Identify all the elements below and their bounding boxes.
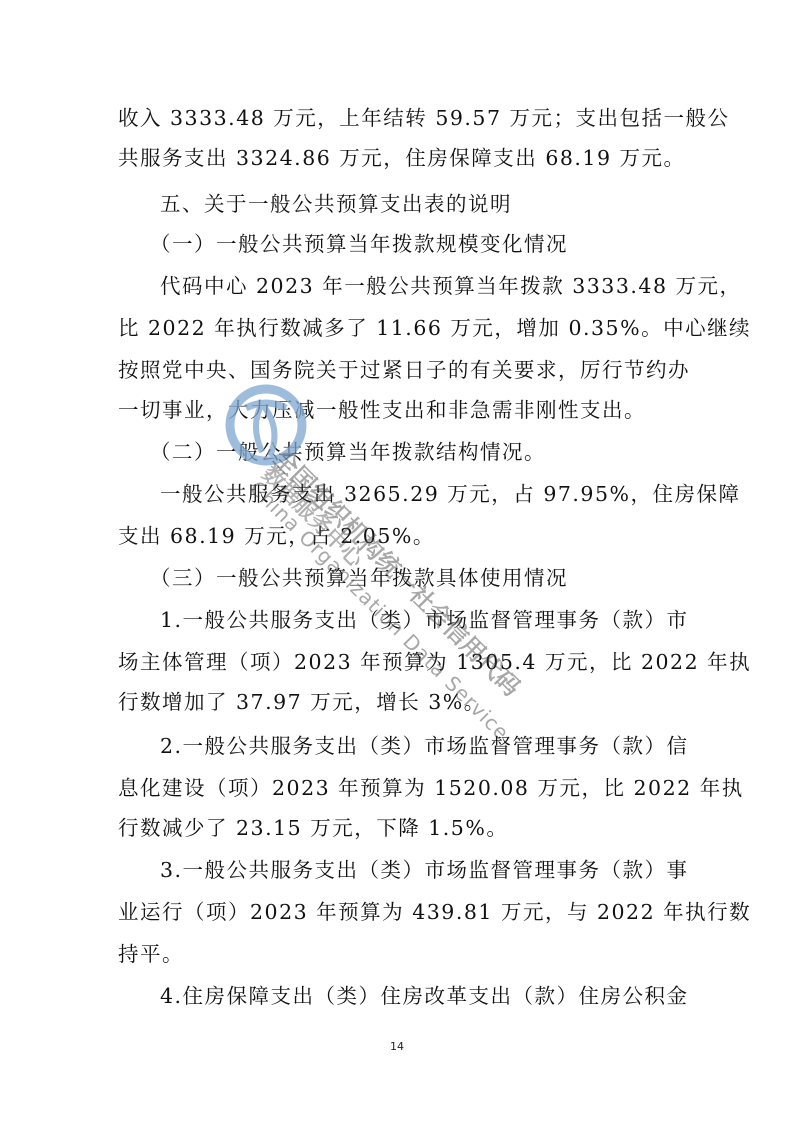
subsection-heading: （三）一般公共预算当年拨款具体使用情况 — [150, 564, 668, 592]
paragraph-line: 3.一般公共服务支出（类）市场监督管理事务（款）事 — [160, 856, 678, 884]
paragraph-line: 比 2022 年执行数减多了 11.66 万元，增加 0.35%。中心继续 — [118, 314, 678, 342]
subsection-heading: （二）一般公共预算当年拨款结构情况。 — [150, 438, 668, 466]
document-page: 收入 3333.48 万元，上年结转 59.57 万元；支出包括一般公 共服务支… — [0, 0, 794, 1123]
watermark-text-cn-2: 数据服务中心 — [256, 458, 371, 573]
paragraph-line: 支出 68.19 万元，占 2.05%。 — [118, 522, 678, 550]
paragraph-line: 代码中心 2023 年一般公共预算当年拨款 3333.48 万元， — [160, 272, 678, 300]
paragraph-line: 2.一般公共服务支出（类）市场监督管理事务（款）信 — [160, 732, 678, 760]
paragraph-line: 持平。 — [118, 940, 678, 968]
paragraph-line: 息化建设（项）2023 年预算为 1520.08 万元，比 2022 年执 — [118, 774, 678, 802]
paragraph-line: 行数减少了 23.15 万元，下降 1.5%。 — [118, 814, 678, 842]
section-heading: 五、关于一般公共预算支出表的说明 — [160, 190, 678, 218]
paragraph-line: 行数增加了 37.97 万元，增长 3%。 — [118, 688, 678, 716]
paragraph-line: 1.一般公共服务支出（类）市场监督管理事务（款）市 — [160, 606, 678, 634]
paragraph-line: 4.住房保障支出（类）住房改革支出（款）住房公积金 — [160, 982, 678, 1010]
page-number: 14 — [0, 1040, 794, 1053]
paragraph-line: 一切事业，大力压减一般性支出和非急需非刚性支出。 — [118, 396, 678, 424]
paragraph-line: 业运行（项）2023 年预算为 439.81 万元，与 2022 年执行数 — [118, 898, 678, 926]
paragraph-line: 一般公共服务支出 3265.29 万元，占 97.95%，住房保障 — [160, 480, 678, 508]
paragraph-line: 按照党中央、国务院关于过紧日子的有关要求，厉行节约办 — [118, 356, 678, 384]
paragraph-line: 收入 3333.48 万元，上年结转 59.57 万元；支出包括一般公 — [118, 104, 678, 132]
paragraph-line: 场主体管理（项）2023 年预算为 1305.4 万元，比 2022 年执 — [118, 648, 678, 676]
subsection-heading: （一）一般公共预算当年拨款规模变化情况 — [150, 230, 668, 258]
paragraph-line: 共服务支出 3324.86 万元，住房保障支出 68.19 万元。 — [118, 144, 678, 172]
